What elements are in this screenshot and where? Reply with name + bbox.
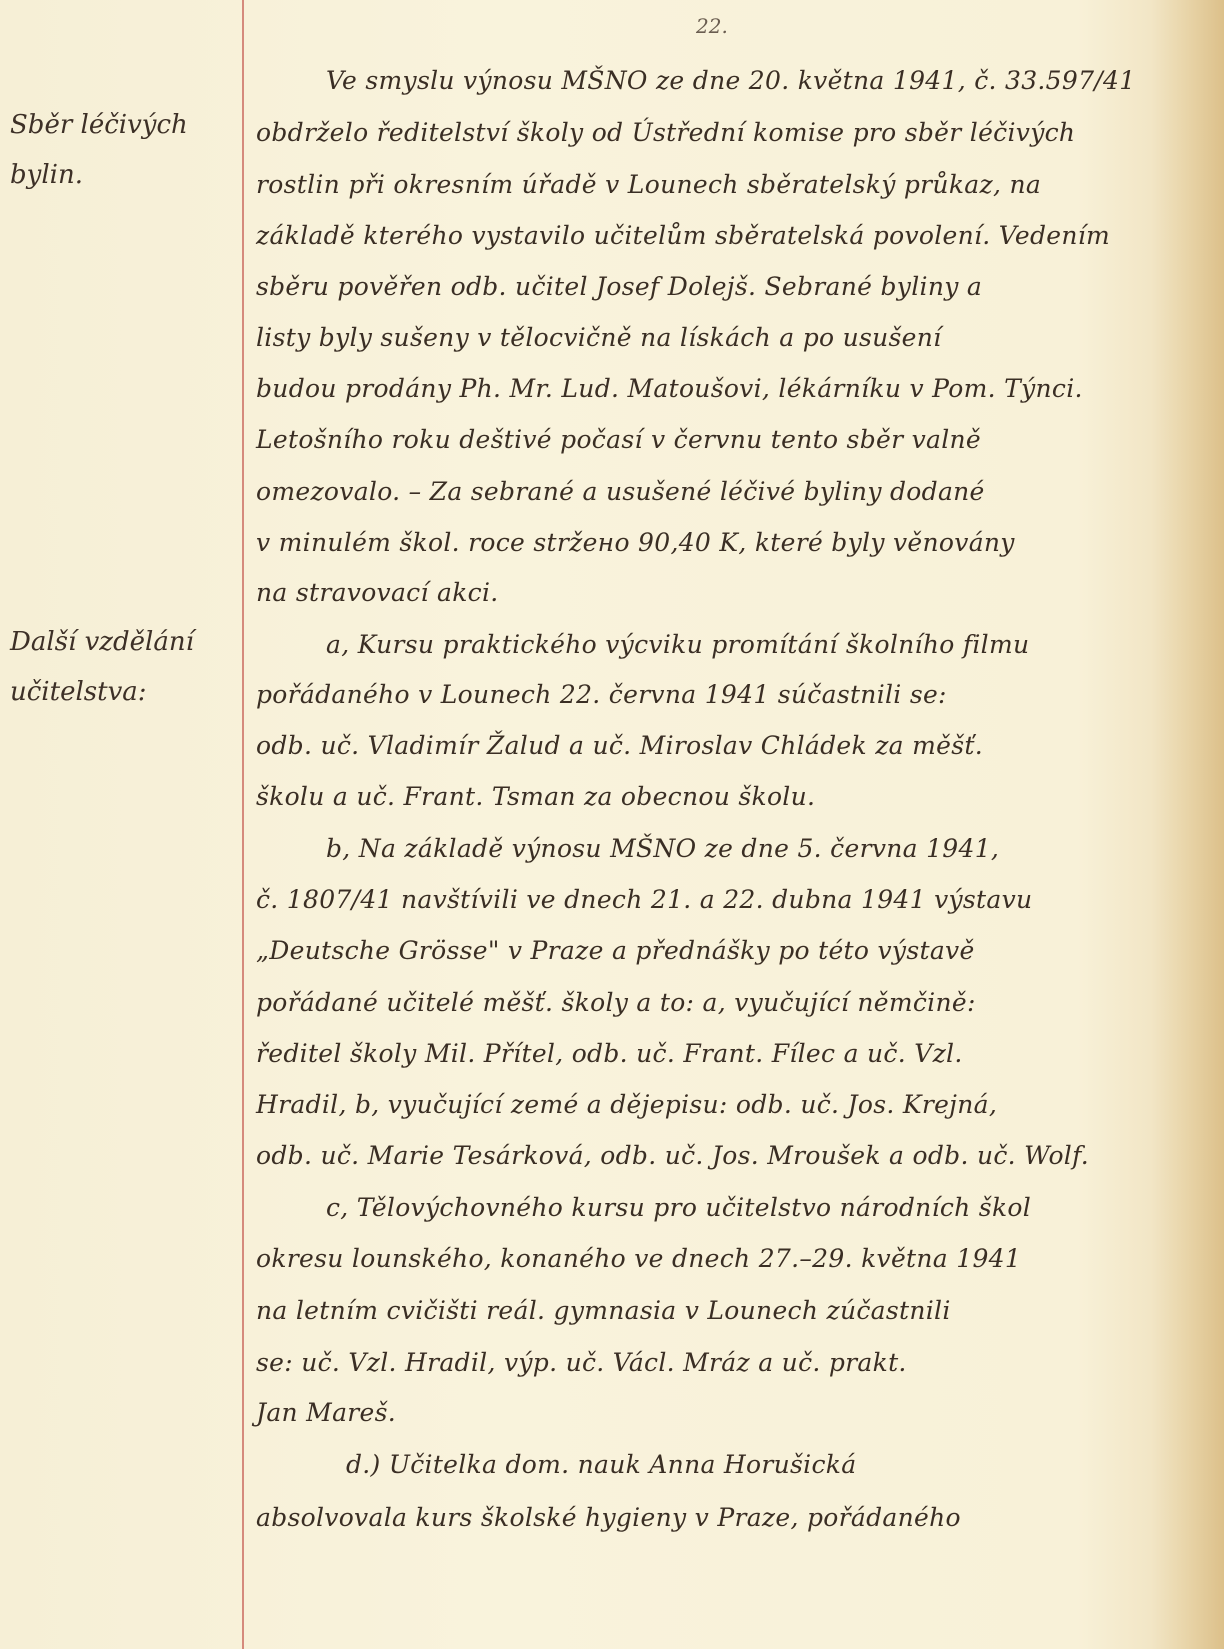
body-line: absolvovala kurs školské hygieny v Praze…	[256, 1503, 1186, 1532]
body-line: pořádané učitelé měšť. školy a to: a, vy…	[256, 988, 1186, 1017]
body-line: školu a uč. Frant. Tsman za obecnou škol…	[256, 782, 1186, 811]
body-line: Ve smyslu výnosu MŠNO ze dne 20. května …	[256, 66, 1224, 95]
margin-note-line: Další vzdělání	[10, 617, 235, 667]
body-line: Letošního roku deštivé počasí v červnu t…	[256, 425, 1186, 454]
body-line: na letním cvičišti reál. gymnasia v Loun…	[256, 1296, 1186, 1325]
body-line: rostlin při okresním úřadě v Lounech sbě…	[256, 170, 1186, 199]
body-line: odb. uč. Marie Tesárková, odb. uč. Jos. …	[256, 1141, 1186, 1170]
body-line: v minulém škol. roce stržено 90,40 K, kt…	[256, 528, 1186, 557]
body-line-item-b: b, Na základě výnosu MŠNO ze dne 5. červ…	[256, 834, 1224, 863]
margin-note-line: Sběr léčivých	[10, 100, 235, 150]
body-line-item-a: a, Kursu praktického výcviku promítání š…	[256, 630, 1224, 659]
body-line: se: uč. Vzl. Hradil, výp. uč. Václ. Mráz…	[256, 1348, 1186, 1377]
body-line: „Deutsche Grösse" v Praze a přednášky po…	[256, 936, 1186, 965]
margin-note-line: učitelstva:	[10, 667, 235, 717]
body-line: Hradil, b, vyučující zemé a dějepisu: od…	[256, 1090, 1186, 1119]
body-line: Jan Mareš.	[256, 1398, 1186, 1427]
body-line: budou prodány Ph. Mr. Lud. Matoušovi, lé…	[256, 374, 1186, 403]
body-line: pořádaného v Lounech 22. června 1941 súč…	[256, 680, 1186, 709]
body-line: okresu lounského, konaného ve dnech 27.–…	[256, 1244, 1186, 1273]
body-line: listy byly sušeny v tělocvičně na lískác…	[256, 323, 1186, 352]
body-line: obdrželo ředitelství školy od Ústřední k…	[256, 118, 1186, 147]
body-line: omezovalo. – Za sebrané a usušené léčivé…	[256, 477, 1186, 506]
body-line: základě kterého vystavilo učitelům sběra…	[256, 221, 1186, 250]
body-line: na stravovací akci.	[256, 578, 1186, 607]
margin-note-herb-collection: Sběr léčivých bylin.	[10, 100, 235, 200]
margin-rule	[242, 0, 244, 1649]
page-number: 22.	[696, 14, 728, 38]
body-line: sběru pověřen odb. učitel Josef Dolejš. …	[256, 272, 1186, 301]
body-line-item-c: c, Tělovýchovného kursu pro učitelstvo n…	[256, 1193, 1224, 1222]
body-line: č. 1807/41 navštívili ve dnech 21. a 22.…	[256, 885, 1186, 914]
body-line: odb. uč. Vladimír Žalud a uč. Miroslav C…	[256, 731, 1186, 760]
margin-note-line: bylin.	[10, 150, 235, 200]
margin-note-teacher-training: Další vzdělání učitelstva:	[10, 617, 235, 717]
body-line: ředitel školy Mil. Přítel, odb. uč. Fran…	[256, 1039, 1186, 1068]
body-line-item-d: d.) Učitelka dom. nauk Anna Horušická	[256, 1450, 1224, 1479]
handwritten-page: 22. Sběr léčivých bylin. Další vzdělání …	[0, 0, 1224, 1649]
